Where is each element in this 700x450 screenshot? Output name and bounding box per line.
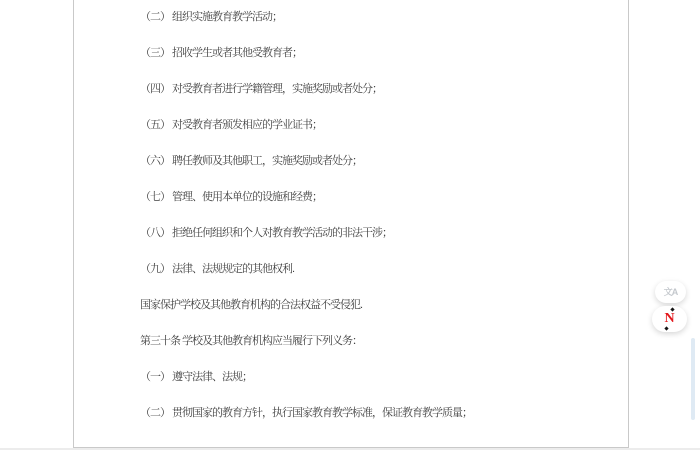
document-page: （二） 组织实施教育教学活动； （三） 招收学生或者其他受教育者； （四） 对受… <box>73 0 629 448</box>
note-capture-widget-button[interactable]: N <box>652 306 687 332</box>
document-line: （七） 管理、使用本单位的设施和经费； <box>140 179 618 215</box>
document-line: （五） 对受教育者颁发相应的学业证书； <box>140 107 618 143</box>
translate-icon: 文A <box>664 288 678 297</box>
document-article-heading: 第三十条 学校及其他教育机构应当履行下列义务： <box>140 323 618 359</box>
document-line: （八） 拒绝任何组织和个人对教育教学活动的非法干涉； <box>140 215 618 251</box>
translate-widget-button[interactable]: 文A <box>655 281 686 303</box>
document-paragraph: 国家保护学校及其他教育机构的合法权益不受侵犯. <box>140 287 618 323</box>
document-line: （三） 招收学生或者其他受教育者； <box>140 35 618 71</box>
document-line: （六） 聘任教师及其他职工，实施奖励或者处分； <box>140 143 618 179</box>
document-line: （一） 遵守法律、法规； <box>140 359 618 395</box>
note-capture-icon: N <box>664 312 674 326</box>
document-line: （二） 组织实施教育教学活动； <box>140 0 618 35</box>
document-line: （九） 法律、法规规定的其他权利. <box>140 251 618 287</box>
document-line: （二） 贯彻国家的教育方针，执行国家教育教学标准，保证教育教学质量； <box>140 395 618 431</box>
scrollbar-thumb[interactable] <box>691 338 695 420</box>
document-content: （二） 组织实施教育教学活动； （三） 招收学生或者其他受教育者； （四） 对受… <box>140 0 618 431</box>
document-line: （四） 对受教育者进行学籍管理，实施奖励或者处分； <box>140 71 618 107</box>
